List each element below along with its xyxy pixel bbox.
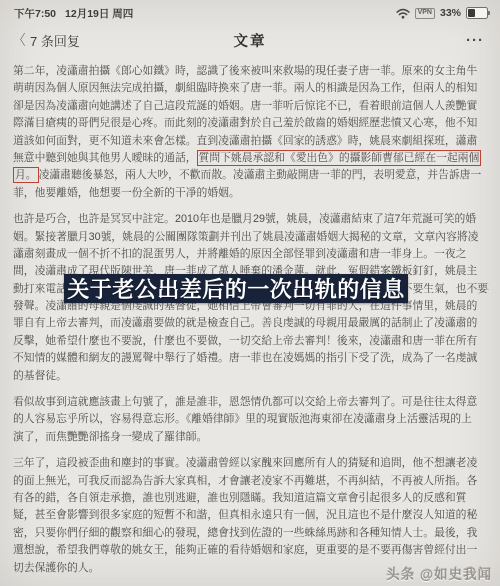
- text-segment: 道該如何面對，更不知道未來會怎樣。直到凌瀟肅拍攝《回家的誘惑》時，姚晨來劇組探班…: [13, 135, 477, 147]
- text-line: 萌萌因為個人原因無法完成拍攝，劇組臨時換來了唐一菲。兩人的相識是因為工作，但兩人…: [13, 80, 489, 97]
- text-line: 有各的錯，各自領走承擔，誰也別逃避，誰也別隱瞞。我知道這篇文章會引起很多人的反感…: [13, 490, 489, 507]
- text-line: 三年了，這段被歪曲和塵封的事實。凌瀟肅曾經以家醜來回應所有人的猜疑和追問，他不想…: [13, 455, 489, 472]
- text-segment: 看似故事到這就應該畫上句號了，誰是誰非，恩怨情仇都可以交給上帝去審判了。可是往往…: [13, 396, 477, 408]
- status-date: 12月19日 周四: [65, 6, 133, 21]
- text-segment: 際滿目瘡痍的哥們兒很是心疼。而此刻的凌瀟肅對於自己羞於啟齒的婚姻經歷悲憤又心寒，…: [13, 117, 477, 129]
- text-line: 的面上無光，可我反而認為告訴大家真相，才會讓老凌家不再難堪，不再糾結，不再被人所…: [13, 473, 489, 490]
- back-chevron-icon: 〈: [15, 34, 26, 47]
- text-line: 的基督徒。: [13, 368, 489, 385]
- paragraph: 看似故事到這就應該畫上句號了，誰是誰非，恩怨情仇都可以交給上帝去審判了。可是往往…: [13, 394, 489, 446]
- watermark: 头条 @如史我闻: [386, 563, 492, 583]
- text-segment: 姻。緊接著臘月30號，姚晨的公關團隊策劃并刊出了姚晨凌瀟肅婚姻大揭秘的文章，文章…: [13, 231, 478, 243]
- text-segment: 切去保護你的人。: [13, 562, 99, 574]
- paragraph: 三年了，這段被歪曲和塵封的事實。凌瀟肅曾經以家醜來回應所有人的猜疑和追問，他不想…: [13, 455, 489, 577]
- nav-bar: 〈 7 条回复 文章 ···: [0, 24, 500, 56]
- paragraph: 第二年，凌瀟肅拍攝《郎心如鐵》時，認識了後來被叫來救場的現任妻子唐一菲。原來的女…: [13, 63, 489, 202]
- red-box-highlighted-text: 月。: [13, 167, 39, 183]
- text-segment: 卻是因為凌瀟肅向她講述了自己這段荒誕的婚姻。唐一菲听后惊诧不已，看着眼前這個人人…: [13, 100, 477, 112]
- text-line: 不知情的媒體和網友的謾罵聲中舉行了婚禮。唐一菲也在凌媽媽的指引下受了洗，成為了一…: [13, 350, 489, 367]
- text-segment: 三年了，這段被歪曲和塵封的事實。凌瀟肅曾經以家醜來回應所有人的猜疑和追問，他不想…: [13, 457, 477, 469]
- text-segment: 無意中聽到她與其他男人曖昧的通話，: [13, 152, 197, 164]
- text-segment: 的基督徒。: [13, 370, 67, 382]
- text-line: 反擊，她希望什麼也不要說，什麼也不要做，一切交給上帝去審判！後來，凌瀟肅和唐一菲…: [13, 333, 489, 350]
- caption-overlay: 关于老公出差后的一次出轨的信息: [64, 274, 408, 303]
- text-segment: 有各的錯，各自領走承擔，誰也別逃避，誰也別隱瞞。我知道這篇文章會引起很多人的反感…: [13, 492, 466, 504]
- text-segment: 萌萌因為個人原因無法完成拍攝，劇組臨時換來了唐一菲。兩人的相識是因為工作，但兩人…: [13, 82, 477, 94]
- status-right: VPN 33%: [396, 7, 488, 19]
- text-line: 道該如何面對，更不知道未來會怎樣。直到凌瀟肅拍攝《回家的誘惑》時，姚晨來劇組探班…: [13, 133, 489, 150]
- text-segment: 瀟肅刻畫成一個不折不扣的混蛋男人，并將離婚的原因全部怪罪到凌瀟肅和唐一菲身上。一…: [13, 248, 466, 260]
- back-label: 7 条回复: [30, 31, 80, 50]
- text-segment: 反擊，她希望什麼也不要說，什麼也不要做，一切交給上帝去審判！後來，凌瀟肅和唐一菲…: [13, 335, 477, 347]
- text-line: 演了，而焦艷艷卻搖身一變成了羅律師。: [13, 429, 489, 446]
- text-line: 的人容易忘乎所以，容易得意忘形。《離婚律師》里的現實版池海東卻在凌瀟肅身上活靈活…: [13, 411, 489, 428]
- text-segment: 密，只要你們仔細的觀察和細心的發現，總會找到佐證的一些蛛絲馬跡和各種知情人士。最…: [13, 527, 477, 539]
- text-segment: 凌瀟肅聽後暴怒，兩人大吵，不歡而散。凌瀟肅主動敲開唐一菲的門，表明愛意，并告訴唐…: [39, 169, 482, 181]
- battery-icon: [466, 7, 488, 19]
- text-line: 際滿目瘡痍的哥們兒很是心疼。而此刻的凌瀟肅對於自己羞於啟齒的婚姻經歷悲憤又心寒，…: [13, 115, 489, 132]
- text-segment: 不知情的媒體和網友的謾罵聲中舉行了婚禮。唐一菲也在凌媽媽的指引下受了洗，成為了一…: [13, 352, 477, 364]
- page-title: 文章: [234, 30, 267, 51]
- text-segment: 疑，甚至會影響到很多家庭的短暫不和諧，但真相永遠只有一個，況且這也不是什麼沒人知…: [13, 509, 477, 521]
- text-segment: 罪自有上帝去審判，而凌瀟肅要做的就是檢查自己。善良虔誠的母親用最嚴厲的話制止了凌…: [13, 317, 477, 329]
- text-line: 卻是因為凌瀟肅向她講述了自己這段荒誕的婚姻。唐一菲听后惊诧不已，看着眼前這個人人…: [13, 98, 489, 115]
- text-line: 密，只要你們仔細的觀察和細心的發現，總會找到佐證的一些蛛絲馬跡和各種知情人士。最…: [13, 525, 489, 542]
- text-segment: 菲，他要離婚，他想要一份全新的干凈的婚姻。: [13, 187, 240, 199]
- text-line: 還想說，希望我們尊敬的姚女王，能夠正確的看待婚姻和家庭，更重要的是不要再傷害曾經…: [13, 542, 489, 559]
- text-line: 疑，甚至會影響到很多家庭的短暫不和諧，但真相永遠只有一個，況且這也不是什麼沒人知…: [13, 507, 489, 524]
- text-line: 月。凌瀟肅聽後暴怒，兩人大吵，不歡而散。凌瀟肅主動敲開唐一菲的門，表明愛意，并告…: [13, 167, 489, 184]
- red-box-highlighted-text: 質問下姚晨承認和《愛出色》的攝影師曹郁已經在一起兩個: [197, 150, 482, 166]
- text-segment: 演了，而焦艷艷卻搖身一變成了羅律師。: [13, 431, 207, 443]
- text-line: 看似故事到這就應該畫上句號了，誰是誰非，恩怨情仇都可以交給上帝去審判了。可是往往…: [13, 394, 489, 411]
- wifi-icon: [396, 8, 410, 19]
- text-line: 罪自有上帝去審判，而凌瀟肅要做的就是檢查自己。善良虔誠的母親用最嚴厲的話制止了凌…: [13, 315, 489, 332]
- more-button[interactable]: ···: [466, 32, 484, 49]
- status-left: 下午7:50 12月19日 周四: [14, 6, 133, 21]
- text-segment: 第二年，凌瀟肅拍攝《郎心如鐵》時，認識了後來被叫來救場的現任妻子唐一菲。原來的女…: [13, 65, 477, 77]
- text-segment: 的人容易忘乎所以，容易得意忘形。《離婚律師》里的現實版池海東卻在凌瀟肅身上活靈活…: [13, 413, 472, 425]
- text-segment: 也許是巧合，也許是冥冥中註定。2010年也是臘月29號，姚晨，凌瀟肅結束了這7年…: [13, 213, 476, 225]
- battery-percent: 33%: [440, 7, 461, 19]
- text-line: 姻。緊接著臘月30號，姚晨的公關團隊策劃并刊出了姚晨凌瀟肅婚姻大揭秘的文章，文章…: [13, 229, 489, 246]
- back-button[interactable]: 〈 7 条回复: [13, 31, 80, 50]
- status-time: 下午7:50: [14, 6, 56, 21]
- battery-fill: [468, 9, 475, 17]
- text-line: 無意中聽到她與其他男人曖昧的通話，質問下姚晨承認和《愛出色》的攝影師曹郁已經在一…: [13, 150, 489, 167]
- text-line: 菲，他要離婚，他想要一份全新的干凈的婚姻。: [13, 185, 489, 202]
- text-segment: 還想說，希望我們尊敬的姚女王，能夠正確的看待婚姻和家庭，更重要的是不要再傷害曾經…: [13, 544, 477, 556]
- vpn-badge: VPN: [415, 8, 435, 19]
- screen: 下午7:50 12月19日 周四 VPN 33% 〈 7 条回复 文章 ··· …: [0, 0, 500, 586]
- text-line: 第二年，凌瀟肅拍攝《郎心如鐵》時，認識了後來被叫來救場的現任妻子唐一菲。原來的女…: [13, 63, 489, 80]
- text-segment: 的面上無光，可我反而認為告訴大家真相，才會讓老凌家不再難堪，不再糾結，不再被人所…: [13, 475, 477, 487]
- text-line: 也許是巧合，也許是冥冥中註定。2010年也是臘月29號，姚晨，凌瀟肅結束了這7年…: [13, 211, 489, 228]
- article-body: 第二年，凌瀟肅拍攝《郎心如鐵》時，認識了後來被叫來救場的現任妻子唐一菲。原來的女…: [13, 63, 489, 586]
- status-bar: 下午7:50 12月19日 周四 VPN 33%: [0, 0, 500, 24]
- text-line: 瀟肅刻畫成一個不折不扣的混蛋男人，并將離婚的原因全部怪罪到凌瀟肅和唐一菲身上。一…: [13, 246, 489, 263]
